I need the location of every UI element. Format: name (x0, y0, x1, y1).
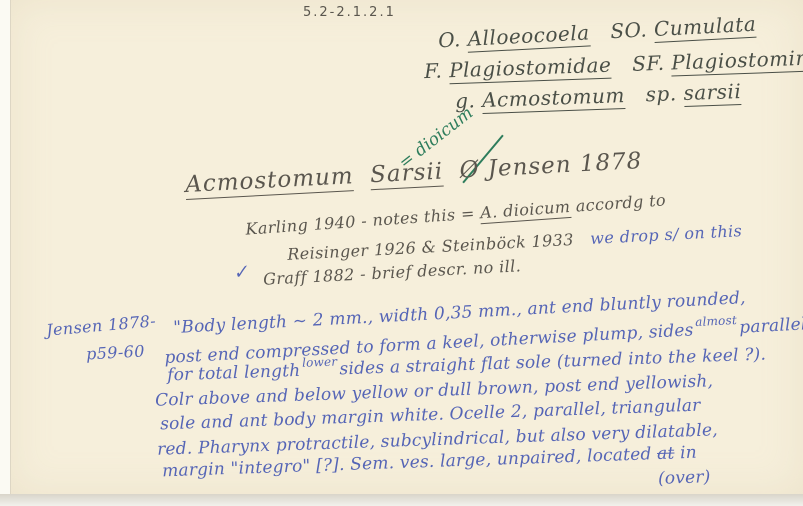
scan-left-edge (0, 0, 11, 506)
suborder-name: Cumulata (653, 12, 757, 43)
subfamily-prefix: SF. (632, 51, 665, 76)
species-prefix: sp. (645, 81, 677, 106)
body-line-3-insertion: lower (302, 355, 338, 370)
title-species: Sarsii (369, 158, 443, 190)
body-line-7-strikethrough: at (657, 443, 675, 464)
subfamily-name: Plagiostominae (671, 45, 803, 77)
family-prefix: F. (424, 59, 443, 84)
species-name: sarsii (683, 79, 742, 107)
order-prefix: O. (438, 27, 462, 52)
body-line-2-post: parallel, (739, 314, 803, 338)
margin-pages: p59-60 (86, 341, 146, 363)
over-note: (over) (658, 467, 711, 489)
body-line-7-post: in (674, 443, 697, 464)
scanned-index-card: 5.2-2.1.2.1 O. Alloeocoela SO. Cumulata … (0, 0, 803, 506)
genus-name: Acmostomum (482, 83, 626, 114)
card-number: 5.2-2.1.2.1 (303, 5, 396, 20)
suborder-prefix: SO. (610, 17, 648, 43)
scan-bottom-edge (0, 494, 803, 506)
body-line-2-insertion: almost (695, 313, 737, 329)
